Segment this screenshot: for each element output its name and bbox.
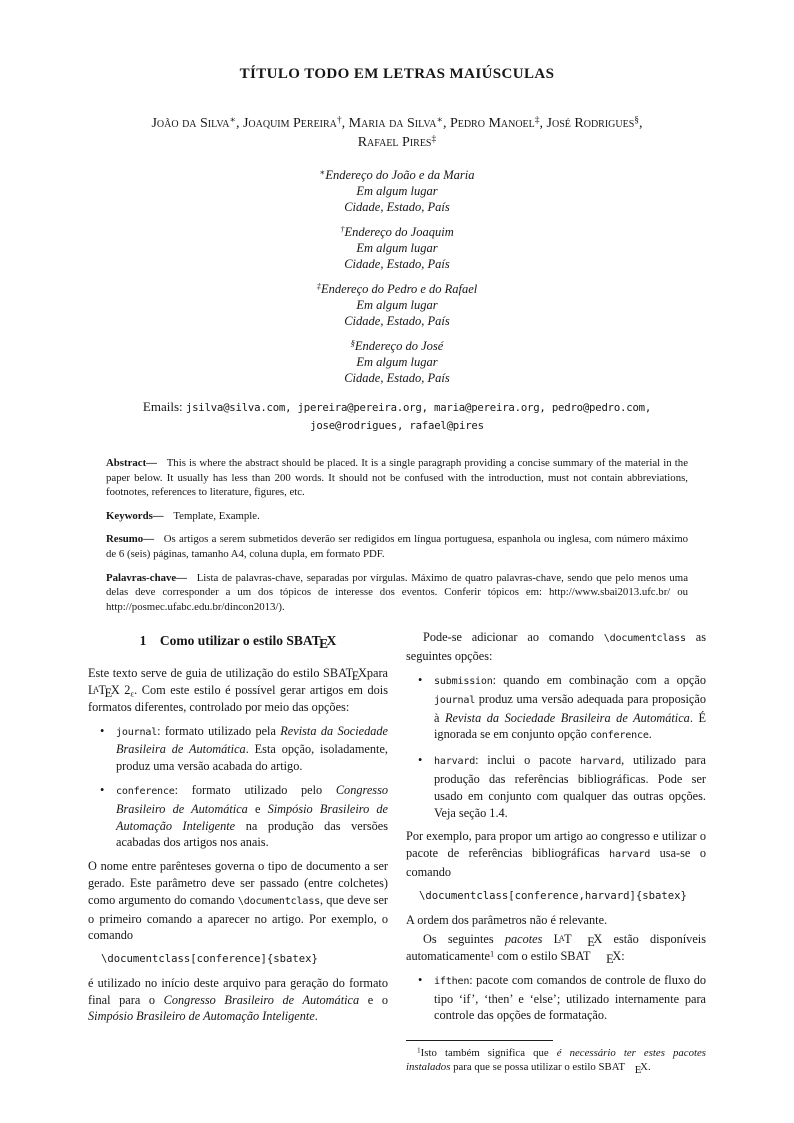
bullet-item-ifthen: • ifthen: pacote com comandos de control… [406, 972, 706, 1024]
paragraph: Pode-se adicionar ao comando \documentcl… [406, 629, 706, 665]
paragraph: O nome entre parênteses governa o tipo d… [88, 858, 388, 944]
resumo-label: Resumo— [106, 533, 154, 545]
paragraph: Os seguintes pacotes LATEX estão disponí… [406, 931, 706, 965]
abstract-block: Abstract—This is where the abstract shou… [106, 456, 688, 500]
keywords-block: Keywords—Template, Example. [106, 509, 688, 524]
address-line: §Endereço do José [0, 338, 794, 354]
authors-line-1: João da Silva∗, Joaquim Pereira†, Maria … [77, 114, 717, 133]
resumo-block: Resumo—Os artigos a serem submetidos dev… [106, 532, 688, 561]
paper-page: TÍTULO TODO EM LETRAS MAIÚSCULAS João da… [0, 0, 794, 1123]
paper-title: TÍTULO TODO EM LETRAS MAIÚSCULAS [0, 66, 794, 83]
footnote-rule [406, 1040, 553, 1041]
paragraph: é utilizado no início deste arquivo para… [88, 975, 388, 1025]
bullet-icon: • [418, 752, 422, 769]
paragraph: Por exemplo, para propor um artigo ao co… [406, 828, 706, 880]
abstract-text: This is where the abstract should be pla… [106, 457, 688, 498]
resumo-text: Os artigos a serem submetidos deverão se… [106, 533, 688, 560]
front-matter: Abstract—This is where the abstract shou… [106, 456, 688, 614]
address-line: Cidade, Estado, País [0, 370, 794, 386]
address-blocks: ∗Endereço do João e da Maria Em algum lu… [0, 167, 794, 386]
palavras-chave-block: Palavras-chave—Lista de palavras-chave, … [106, 571, 688, 615]
column-right: Pode-se adicionar ao comando \documentcl… [406, 629, 706, 1074]
bullet-item-harvard: • harvard: inclui o pacote harvard, util… [406, 752, 706, 821]
address-block-jose: §Endereço do José Em algum lugar Cidade,… [0, 338, 794, 386]
bullet-item-text: harvard: inclui o pacote harvard, utiliz… [434, 753, 706, 819]
column-left: 1 Como utilizar o estilo SBATEX Este tex… [88, 629, 388, 1074]
footnote-text: 1Isto também significa que é necessário … [406, 1046, 706, 1074]
bullet-item-text: journal: formato utilizado pela Revista … [116, 724, 388, 774]
authors-line-2: Rafael Pires‡ [77, 133, 717, 152]
paragraph: A ordem dos parâmetros não é relevante. [406, 912, 706, 929]
bullet-item-text: submission: quando em combinação com a o… [434, 673, 706, 741]
code-line-documentclass-conference-harvard: \documentclass[conference,harvard]{sbate… [419, 888, 706, 905]
address-block-joaquim: †Endereço do Joaquim Em algum lugar Cida… [0, 224, 794, 272]
abstract-label: Abstract— [106, 457, 157, 469]
bullet-item-conference: • conference: formato utilizado pelo Con… [88, 782, 388, 851]
footnote-block: 1Isto também significa que é necessário … [406, 1040, 706, 1074]
address-line: †Endereço do Joaquim [0, 224, 794, 240]
address-line: Cidade, Estado, País [0, 199, 794, 215]
authors-line: João da Silva∗, Joaquim Pereira†, Maria … [77, 114, 717, 152]
address-line: Em algum lugar [0, 240, 794, 256]
keywords-label: Keywords— [106, 510, 164, 522]
address-line: Em algum lugar [0, 183, 794, 199]
paragraph: Este texto serve de guia de utilização d… [88, 665, 388, 715]
address-line: ‡Endereço do Pedro e do Rafael [0, 281, 794, 297]
emails-line-1: Emails: jsilva@silva.com, jpereira@perei… [0, 398, 794, 416]
address-block-joao-maria: ∗Endereço do João e da Maria Em algum lu… [0, 167, 794, 215]
palavras-chave-text: Lista de palavras-chave, separadas por v… [106, 572, 688, 613]
bullet-icon: • [418, 972, 422, 989]
address-line: Cidade, Estado, País [0, 313, 794, 329]
two-column-body: 1 Como utilizar o estilo SBATEX Este tex… [88, 629, 706, 1074]
code-line-documentclass-conference: \documentclass[conference]{sbatex} [101, 951, 388, 968]
bullet-icon: • [100, 723, 104, 740]
section-1-heading: 1 Como utilizar o estilo SBATEX [88, 633, 388, 650]
keywords-text: Template, Example. [173, 510, 260, 522]
address-line: Cidade, Estado, País [0, 256, 794, 272]
bullet-icon: • [418, 672, 422, 689]
address-line: Em algum lugar [0, 297, 794, 313]
emails-line-2: jose@rodrigues, rafael@pires [0, 416, 794, 434]
address-line: ∗Endereço do João e da Maria [0, 167, 794, 183]
address-block-pedro-rafael: ‡Endereço do Pedro e do Rafael Em algum … [0, 281, 794, 329]
bullet-item-journal: • journal: formato utilizado pela Revist… [88, 723, 388, 775]
address-line: Em algum lugar [0, 354, 794, 370]
emails-block: Emails: jsilva@silva.com, jpereira@perei… [0, 398, 794, 434]
bullet-item-submission: • submission: quando em combinação com a… [406, 672, 706, 745]
palavras-chave-label: Palavras-chave— [106, 572, 187, 584]
bullet-item-text: conference: formato utilizado pelo Congr… [116, 783, 388, 849]
bullet-icon: • [100, 782, 104, 799]
bullet-item-text: ifthen: pacote com comandos de controle … [434, 973, 706, 1023]
